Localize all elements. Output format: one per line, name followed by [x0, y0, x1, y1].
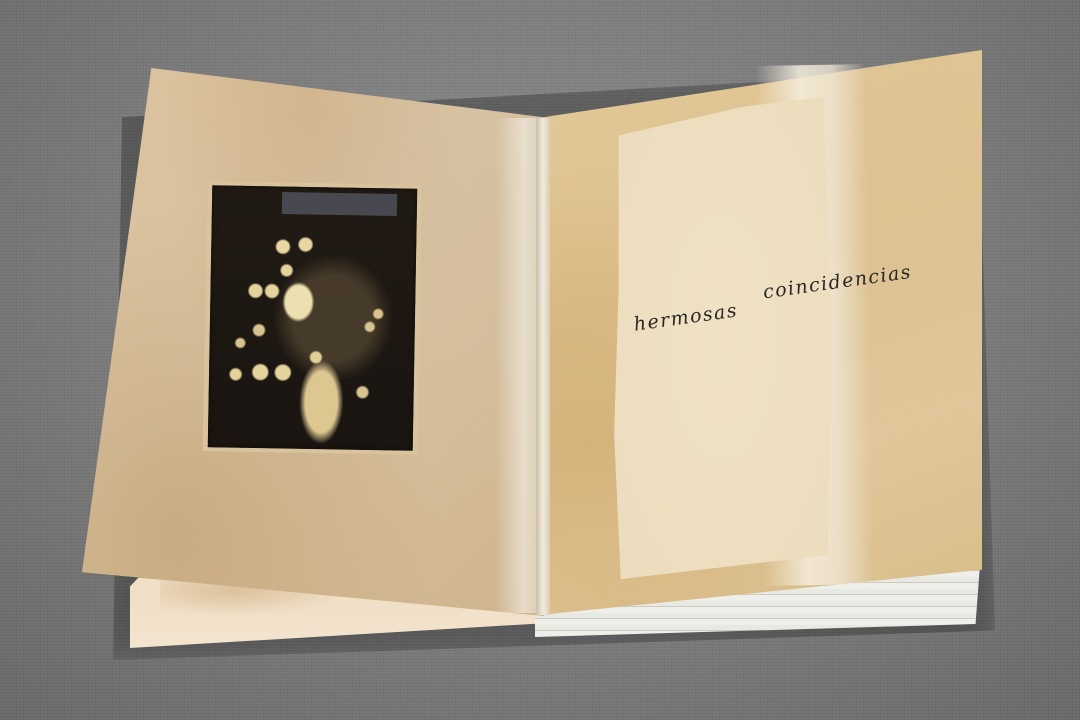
torn-tissue-paper — [612, 97, 832, 579]
mounted-leaf-photograph — [208, 185, 418, 451]
photo-scene: hermosas coincidencias — [0, 0, 1080, 720]
book-gutter — [536, 118, 550, 615]
photo-tape — [282, 192, 397, 216]
